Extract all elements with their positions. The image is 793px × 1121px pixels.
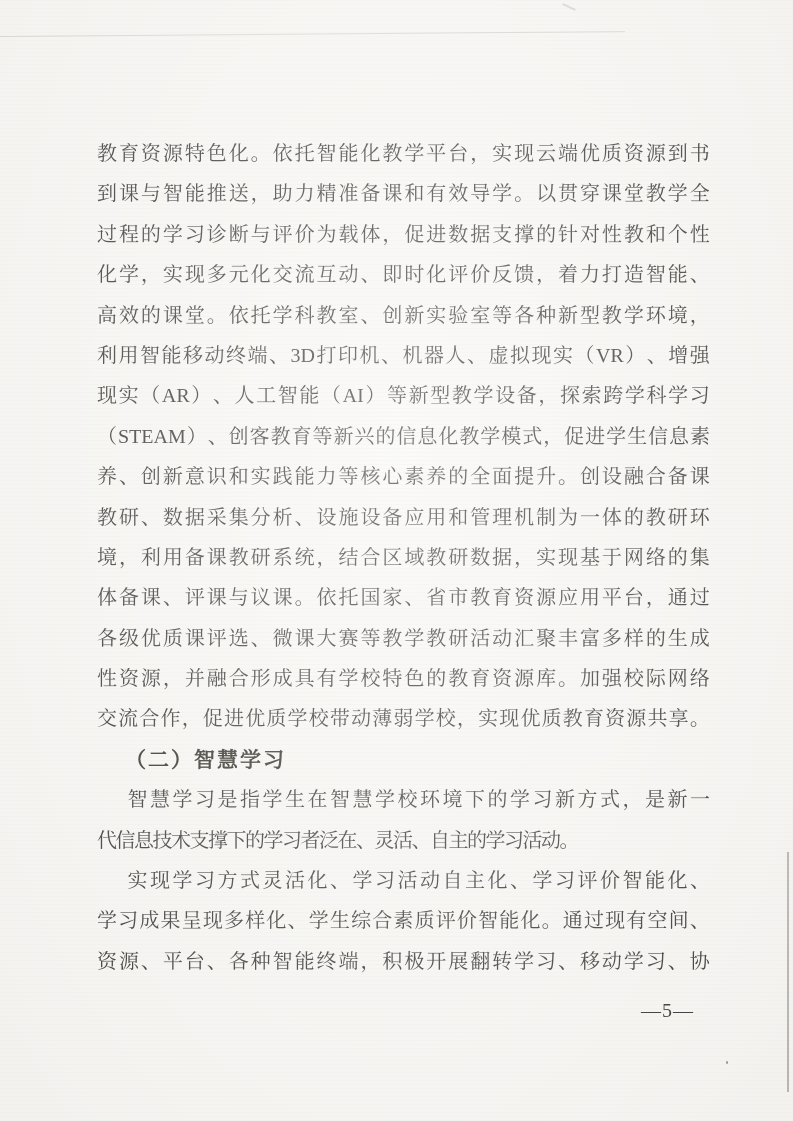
page-number: —5— <box>641 1000 694 1023</box>
text-line: 实现学习方式灵活化、学习活动自主化、学习评价智能化、 <box>97 861 710 901</box>
text-line: 性资源，并融合形成具有学校特色的教育资源库。加强校际网络 <box>97 659 710 699</box>
scanned-page: 教育资源特色化。依托智能化教学平台，实现云端优质资源到书到课与智能推送，助力精准… <box>0 0 793 1121</box>
text-line: 各级优质课评选、微课大赛等教学教研活动汇聚丰富多样的生成 <box>97 619 710 659</box>
text-line: 体备课、评课与议课。依托国家、省市教育资源应用平台，通过 <box>97 578 710 618</box>
scan-artifact-speck <box>726 1061 728 1064</box>
section-heading: （二）智慧学习 <box>97 740 710 780</box>
document-body: 教育资源特色化。依托智能化教学平台，实现云端优质资源到书到课与智能推送，助力精准… <box>97 134 710 982</box>
text-line: 养、创新意识和实践能力等核心素养的全面提升。创设融合备课 <box>97 457 710 497</box>
scan-artifact-top-line <box>0 31 625 37</box>
text-line: 交流合作，促进优质学校带动薄弱学校，实现优质教育资源共享。 <box>97 699 710 739</box>
text-line: 高效的课堂。依托学科教室、创新实验室等各种新型教学环境， <box>97 296 710 336</box>
text-line: 代信息技术支撑下的学习者泛在、灵活、自主的学习活动。 <box>97 821 710 861</box>
text-line: 智慧学习是指学生在智慧学校环境下的学习新方式，是新一 <box>97 780 710 820</box>
text-line: 学习成果呈现多样化、学生综合素质评价智能化。通过现有空间、 <box>97 901 710 941</box>
text-line: 到课与智能推送，助力精准备课和有效导学。以贯穿课堂教学全 <box>97 174 710 214</box>
text-line: 教研、数据采集分析、设施设备应用和管理机制为一体的教研环 <box>97 498 710 538</box>
text-line: 教育资源特色化。依托智能化教学平台，实现云端优质资源到书 <box>97 134 710 174</box>
text-line: 资源、平台、各种智能终端，积极开展翻转学习、移动学习、协 <box>97 942 710 982</box>
text-line: 境，利用备课教研系统，结合区域教研数据，实现基于网络的集 <box>97 538 710 578</box>
text-line: 现实（AR）、人工智能（AI）等新型教学设备，探索跨学科学习 <box>97 376 710 416</box>
text-line: 过程的学习诊断与评价为载体，促进数据支撑的针对性教和个性 <box>97 215 710 255</box>
scan-artifact-right-edge-line <box>787 852 789 1092</box>
scan-artifact-top-mark <box>562 3 576 11</box>
text-line: 化学，实现多元化交流互动、即时化评价反馈，着力打造智能、 <box>97 255 710 295</box>
text-line: （STEAM）、创客教育等新兴的信息化教学模式，促进学生信息素 <box>97 417 710 457</box>
text-line: 利用智能移动终端、3D打印机、机器人、虚拟现实（VR）、增强 <box>97 336 710 376</box>
